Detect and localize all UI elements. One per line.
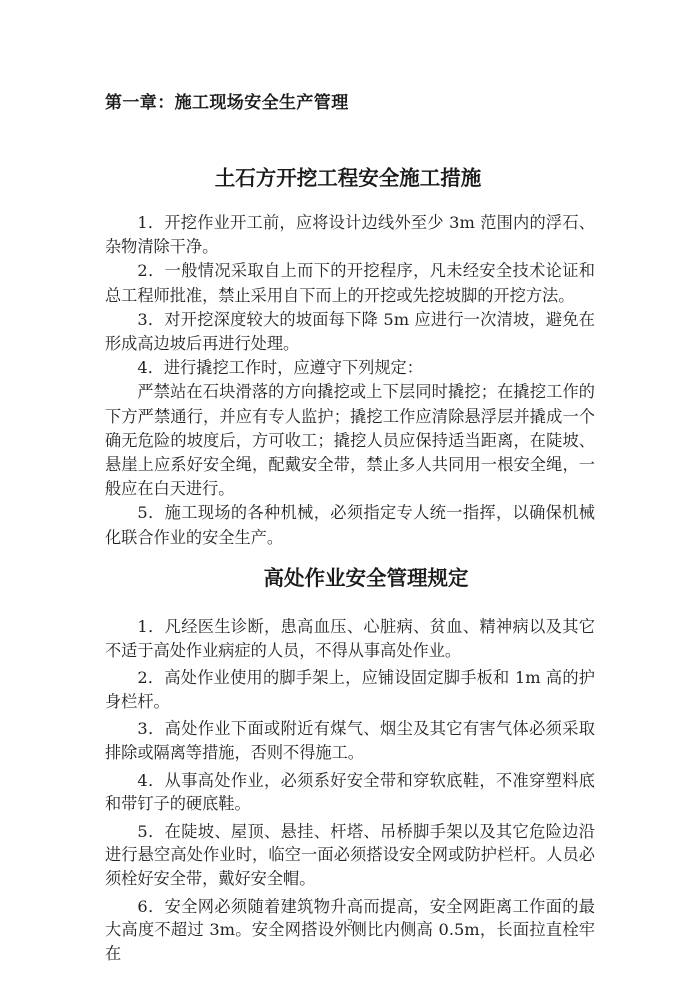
paragraph: 6．安全网必须随着建筑物升高而提高，安全网距离工作面的最大高度不超过 3m。安全… <box>105 895 595 966</box>
paragraph: 5．在陡坡、屋顶、悬挂、杆塔、吊桥脚手架以及其它危险边沿进行悬空高处作业时，临空… <box>105 820 595 891</box>
document-page: 第一章：施工现场安全生产管理 土石方开挖工程安全施工措施 1．开挖作业开工前，应… <box>0 0 700 990</box>
section-heading-excavation: 土石方开挖工程安全施工措施 <box>0 164 698 192</box>
section-heading-work-at-height: 高处作业安全管理规定 <box>16 564 700 592</box>
paragraph: 2．高处作业使用的脚手架上，应铺设固定脚手板和 1m 高的护身栏杆。 <box>105 666 595 713</box>
page-number: 2 <box>0 917 700 929</box>
paragraph: 2．一般情况采取自上而下的开挖程序，凡未经安全技术论证和总工程师批准，禁止采用自… <box>105 259 595 307</box>
paragraph: 4．从事高处作业，必须系好安全带和穿软底鞋，不准穿塑料底和带钉子的硬底鞋。 <box>105 769 595 816</box>
chapter-title: 第一章：施工现场安全生产管理 <box>105 91 349 115</box>
paragraph: 严禁站在石块滑落的方向撬挖或上下层同时撬挖；在撬挖工作的下方严禁通行，并应有专人… <box>105 380 595 501</box>
paragraph: 1．开挖作业开工前，应将设计边线外至少 3m 范围内的浮石、杂物清除干净。 <box>105 211 595 259</box>
paragraph: 3．对开挖深度较大的坡面每下降 5m 应进行一次清坡，避免在形成高边坡后再进行处… <box>105 308 595 356</box>
paragraph: 1．凡经医生诊断，患高血压、心脏病、贫血、精神病以及其它不适于高处作业病症的人员… <box>105 615 595 662</box>
paragraph: 4．进行撬挖工作时，应遵守下列规定： <box>105 356 595 380</box>
section-body-excavation: 1．开挖作业开工前，应将设计边线外至少 3m 范围内的浮石、杂物清除干净。 2．… <box>105 211 595 550</box>
paragraph: 3．高处作业下面或附近有煤气、烟尘及其它有害气体必须采取排除或隔离等措施，否则不… <box>105 717 595 764</box>
paragraph: 5．施工现场的各种机械，必须指定专人统一指挥，以确保机械化联合作业的安全生产。 <box>105 501 595 549</box>
